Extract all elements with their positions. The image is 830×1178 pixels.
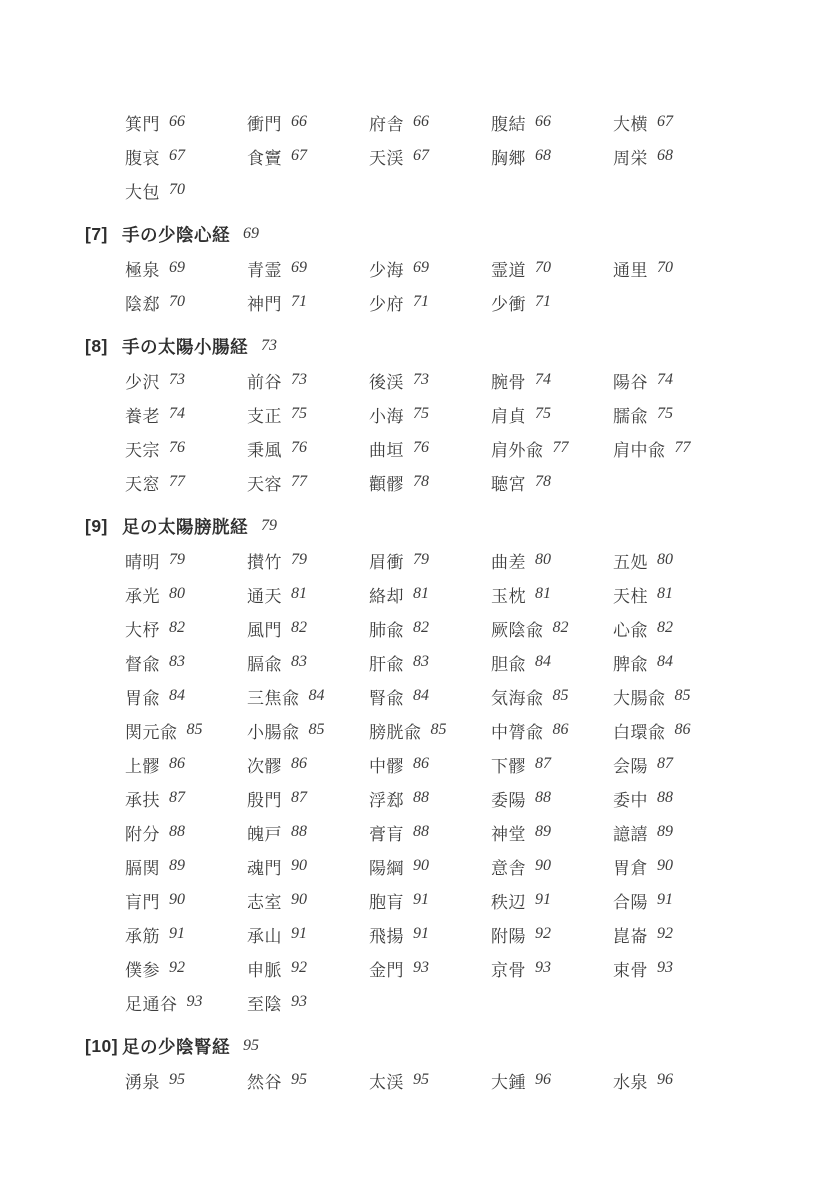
point-name: 秉風: [247, 436, 282, 461]
section-title: 足の太陽膀胱経: [122, 514, 248, 539]
toc-entry: 白環兪86: [613, 713, 735, 747]
point-page-number: 91: [291, 925, 307, 943]
point-name: 胞肓: [369, 888, 404, 913]
toc-entry: 曲垣76: [369, 431, 491, 465]
point-page-number: 84: [309, 687, 325, 705]
point-name: 僕参: [125, 956, 160, 981]
point-page-number: 96: [657, 1071, 673, 1089]
toc-entry: 附陽92: [491, 917, 613, 951]
point-name: 足通谷: [125, 990, 178, 1015]
point-name: 小腸兪: [247, 718, 300, 743]
point-page-number: 66: [291, 113, 307, 131]
point-page-number: 91: [657, 891, 673, 909]
point-name: 委陽: [491, 786, 526, 811]
point-page-number: 87: [657, 755, 673, 773]
toc-entry: 五処80: [613, 543, 735, 577]
toc-entry: 承筋91: [125, 917, 247, 951]
toc-entry: 風門82: [247, 611, 369, 645]
point-page-number: 81: [413, 585, 429, 603]
point-page-number: 87: [291, 789, 307, 807]
point-name: 天柱: [613, 582, 648, 607]
point-name: 臑兪: [613, 402, 648, 427]
point-page-number: 77: [291, 473, 307, 491]
point-page-number: 93: [657, 959, 673, 977]
toc-entry: 中膂兪86: [491, 713, 613, 747]
point-name: 肝兪: [369, 650, 404, 675]
point-name: 督兪: [125, 650, 160, 675]
point-name: 少衝: [491, 290, 526, 315]
point-page-number: 76: [413, 439, 429, 457]
toc-entry: 浮郄88: [369, 781, 491, 815]
point-name: 脾兪: [613, 650, 648, 675]
entries-grid: 湧泉95然谷95太渓95大鍾96水泉96: [125, 1063, 830, 1097]
section-header: [8]手の太陽小腸経73: [85, 329, 830, 363]
toc-entry: 魄戸88: [247, 815, 369, 849]
point-name: 周栄: [613, 144, 648, 169]
point-name: 魂門: [247, 854, 282, 879]
point-name: 神門: [247, 290, 282, 315]
point-page-number: 79: [169, 551, 185, 569]
toc-entry: 合陽91: [613, 883, 735, 917]
toc-entry: 攅竹79: [247, 543, 369, 577]
toc-entry: 府舎66: [369, 105, 491, 139]
toc-entry: 曲差80: [491, 543, 613, 577]
point-name: 次髎: [247, 752, 282, 777]
point-name: 至陰: [247, 990, 282, 1015]
point-name: 承筋: [125, 922, 160, 947]
point-page-number: 86: [675, 721, 691, 739]
point-page-number: 90: [413, 857, 429, 875]
toc-section: [9]足の太陽膀胱経79晴明79攅竹79眉衝79曲差80五処80承光80通天81…: [85, 509, 830, 1019]
point-page-number: 66: [535, 113, 551, 131]
point-name: 小海: [369, 402, 404, 427]
point-page-number: 96: [535, 1071, 551, 1089]
point-page-number: 86: [553, 721, 569, 739]
toc-entry: 肺兪82: [369, 611, 491, 645]
point-name: 晴明: [125, 548, 160, 573]
point-name: 湧泉: [125, 1068, 160, 1093]
point-name: 腕骨: [491, 368, 526, 393]
point-page-number: 79: [291, 551, 307, 569]
point-name: 崑崙: [613, 922, 648, 947]
point-page-number: 71: [291, 293, 307, 311]
toc-entry: 束骨93: [613, 951, 735, 985]
point-page-number: 68: [657, 147, 673, 165]
point-name: 胆兪: [491, 650, 526, 675]
toc-entry: 通里70: [613, 251, 735, 285]
section-header: [7]手の少陰心経69: [85, 217, 830, 251]
point-page-number: 86: [413, 755, 429, 773]
point-name: 秩辺: [491, 888, 526, 913]
toc-entry: 秉風76: [247, 431, 369, 465]
toc-entry: 次髎86: [247, 747, 369, 781]
toc-entry: 玉枕81: [491, 577, 613, 611]
point-name: 膈関: [125, 854, 160, 879]
section-header: [9]足の太陽膀胱経79: [85, 509, 830, 543]
point-name: 通里: [613, 256, 648, 281]
point-name: 意舎: [491, 854, 526, 879]
toc-entry: 京骨93: [491, 951, 613, 985]
toc-entry: 委中88: [613, 781, 735, 815]
point-page-number: 83: [413, 653, 429, 671]
toc-entry: 志室90: [247, 883, 369, 917]
toc-entry: 少衝71: [491, 285, 613, 319]
point-name: 太渓: [369, 1068, 404, 1093]
point-name: 気海兪: [491, 684, 544, 709]
toc-entry: 神門71: [247, 285, 369, 319]
point-page-number: 93: [413, 959, 429, 977]
toc-entry: 後渓73: [369, 363, 491, 397]
point-page-number: 89: [169, 857, 185, 875]
toc-entry: 申脈92: [247, 951, 369, 985]
point-name: 霊道: [491, 256, 526, 281]
section-number: [7]: [85, 224, 122, 245]
point-name: 府舎: [369, 110, 404, 135]
toc-entry: 肓門90: [125, 883, 247, 917]
point-page-number: 81: [657, 585, 673, 603]
toc-entry: 小腸兪85: [247, 713, 369, 747]
toc-section: [8]手の太陽小腸経73少沢73前谷73後渓73腕骨74陽谷74養老74支正75…: [85, 329, 830, 499]
toc-entry: 臑兪75: [613, 397, 735, 431]
toc-entry: 胆兪84: [491, 645, 613, 679]
point-page-number: 92: [291, 959, 307, 977]
toc-entry: 天容77: [247, 465, 369, 499]
point-name: 五処: [613, 548, 648, 573]
toc-page: 箕門66衝門66府舎66腹結66大横67腹哀67食竇67天渓67胸郷68周栄68…: [0, 0, 830, 1097]
point-name: 膈兪: [247, 650, 282, 675]
point-page-number: 75: [291, 405, 307, 423]
section-number: [8]: [85, 336, 122, 357]
toc-entry: 箕門66: [125, 105, 247, 139]
toc-entry: 陽谷74: [613, 363, 735, 397]
point-page-number: 90: [291, 891, 307, 909]
point-page-number: 67: [291, 147, 307, 165]
toc-entry: 腹結66: [491, 105, 613, 139]
point-page-number: 88: [535, 789, 551, 807]
toc-entry: 肝兪83: [369, 645, 491, 679]
point-name: 顴髎: [369, 470, 404, 495]
toc-entry: 陰郄70: [125, 285, 247, 319]
toc-entry: 至陰93: [247, 985, 369, 1019]
toc-entry: 足通谷93: [125, 985, 247, 1019]
point-page-number: 92: [535, 925, 551, 943]
point-page-number: 87: [535, 755, 551, 773]
point-name: 天容: [247, 470, 282, 495]
point-name: 上髎: [125, 752, 160, 777]
point-page-number: 88: [169, 823, 185, 841]
toc-entry: 青霊69: [247, 251, 369, 285]
toc-entry: 三焦兪84: [247, 679, 369, 713]
point-name: 後渓: [369, 368, 404, 393]
point-name: 食竇: [247, 144, 282, 169]
point-name: 眉衝: [369, 548, 404, 573]
toc-entry: 関元兪85: [125, 713, 247, 747]
point-name: 然谷: [247, 1068, 282, 1093]
point-page-number: 91: [413, 925, 429, 943]
point-name: 少沢: [125, 368, 160, 393]
toc-entry: 少府71: [369, 285, 491, 319]
toc-entry: 極泉69: [125, 251, 247, 285]
point-name: 合陽: [613, 888, 648, 913]
point-name: 浮郄: [369, 786, 404, 811]
point-page-number: 69: [291, 259, 307, 277]
point-page-number: 82: [413, 619, 429, 637]
point-page-number: 70: [169, 181, 185, 199]
point-name: 曲差: [491, 548, 526, 573]
point-name: 膀胱兪: [369, 718, 422, 743]
toc-section: [10]足の少陰腎経95湧泉95然谷95太渓95大鍾96水泉96: [85, 1029, 830, 1097]
point-page-number: 87: [169, 789, 185, 807]
point-page-number: 70: [657, 259, 673, 277]
point-name: 胃倉: [613, 854, 648, 879]
point-name: 肺兪: [369, 616, 404, 641]
point-page-number: 78: [413, 473, 429, 491]
point-name: 大鍾: [491, 1068, 526, 1093]
toc-entry: 委陽88: [491, 781, 613, 815]
point-page-number: 81: [291, 585, 307, 603]
toc-entry: 胃倉90: [613, 849, 735, 883]
point-page-number: 90: [657, 857, 673, 875]
point-name: 関元兪: [125, 718, 178, 743]
point-name: 会陽: [613, 752, 648, 777]
toc-section: 箕門66衝門66府舎66腹結66大横67腹哀67食竇67天渓67胸郷68周栄68…: [85, 105, 830, 207]
point-name: 青霊: [247, 256, 282, 281]
point-page-number: 84: [413, 687, 429, 705]
point-name: 膏肓: [369, 820, 404, 845]
point-name: 厥陰兪: [491, 616, 544, 641]
point-page-number: 92: [169, 959, 185, 977]
point-page-number: 90: [535, 857, 551, 875]
toc-entry: 脾兪84: [613, 645, 735, 679]
toc-entry: 前谷73: [247, 363, 369, 397]
toc-entry: 腹哀67: [125, 139, 247, 173]
point-page-number: 95: [413, 1071, 429, 1089]
point-name: 志室: [247, 888, 282, 913]
point-name: 譩譆: [613, 820, 648, 845]
point-page-number: 80: [657, 551, 673, 569]
section-header: [10]足の少陰腎経95: [85, 1029, 830, 1063]
point-name: 承光: [125, 582, 160, 607]
toc-entry: 大腸兪85: [613, 679, 735, 713]
toc-entry: 周栄68: [613, 139, 735, 173]
point-page-number: 77: [553, 439, 569, 457]
toc-entry: 意舎90: [491, 849, 613, 883]
toc-entry: 僕参92: [125, 951, 247, 985]
point-page-number: 89: [657, 823, 673, 841]
section-title: 手の少陰心経: [122, 222, 230, 247]
point-name: 承山: [247, 922, 282, 947]
point-page-number: 88: [413, 823, 429, 841]
toc-entry: 承扶87: [125, 781, 247, 815]
point-name: 風門: [247, 616, 282, 641]
toc-entry: 衝門66: [247, 105, 369, 139]
point-page-number: 77: [169, 473, 185, 491]
toc-entry: 天渓67: [369, 139, 491, 173]
point-page-number: 85: [309, 721, 325, 739]
point-page-number: 69: [169, 259, 185, 277]
point-name: 束骨: [613, 956, 648, 981]
point-name: 天渓: [369, 144, 404, 169]
point-name: 水泉: [613, 1068, 648, 1093]
point-name: 委中: [613, 786, 648, 811]
point-name: 中髎: [369, 752, 404, 777]
point-name: 魄戸: [247, 820, 282, 845]
point-page-number: 78: [535, 473, 551, 491]
section-page-number: 69: [243, 225, 259, 243]
point-page-number: 82: [169, 619, 185, 637]
point-name: 通天: [247, 582, 282, 607]
section-number: [9]: [85, 516, 122, 537]
point-page-number: 70: [535, 259, 551, 277]
toc-entry: 大横67: [613, 105, 735, 139]
point-page-number: 71: [413, 293, 429, 311]
toc-entry: 水泉96: [613, 1063, 735, 1097]
toc-entry: 胸郷68: [491, 139, 613, 173]
point-name: 聴宮: [491, 470, 526, 495]
toc-entry: 霊道70: [491, 251, 613, 285]
toc-entry: 大鍾96: [491, 1063, 613, 1097]
point-name: 承扶: [125, 786, 160, 811]
point-page-number: 67: [657, 113, 673, 131]
point-name: 少府: [369, 290, 404, 315]
point-page-number: 67: [169, 147, 185, 165]
toc-entry: 魂門90: [247, 849, 369, 883]
point-name: 陰郄: [125, 290, 160, 315]
toc-entry: 胞肓91: [369, 883, 491, 917]
point-page-number: 83: [169, 653, 185, 671]
point-page-number: 80: [535, 551, 551, 569]
point-name: 天窓: [125, 470, 160, 495]
toc-entry: 聴宮78: [491, 465, 613, 499]
toc-entry: 養老74: [125, 397, 247, 431]
point-page-number: 66: [413, 113, 429, 131]
point-name: 金門: [369, 956, 404, 981]
toc-entry: 然谷95: [247, 1063, 369, 1097]
point-name: 大横: [613, 110, 648, 135]
point-name: 大杼: [125, 616, 160, 641]
toc-entry: 湧泉95: [125, 1063, 247, 1097]
point-name: 神堂: [491, 820, 526, 845]
toc-entry: 大包70: [125, 173, 247, 207]
toc-entry: 気海兪85: [491, 679, 613, 713]
point-page-number: 75: [657, 405, 673, 423]
point-name: 京骨: [491, 956, 526, 981]
toc-entry: 支正75: [247, 397, 369, 431]
toc-entry: 下髎87: [491, 747, 613, 781]
toc-entry: 承光80: [125, 577, 247, 611]
toc-section: [7]手の少陰心経69極泉69青霊69少海69霊道70通里70陰郄70神門71少…: [85, 217, 830, 319]
point-name: 殷門: [247, 786, 282, 811]
toc-entry: 腎兪84: [369, 679, 491, 713]
toc-entry: 殷門87: [247, 781, 369, 815]
point-page-number: 85: [187, 721, 203, 739]
toc-entry: 承山91: [247, 917, 369, 951]
point-page-number: 85: [675, 687, 691, 705]
point-name: 肩中兪: [613, 436, 666, 461]
entries-grid: 少沢73前谷73後渓73腕骨74陽谷74養老74支正75小海75肩貞75臑兪75…: [125, 363, 830, 499]
section-title: 足の少陰腎経: [122, 1034, 230, 1059]
point-name: 箕門: [125, 110, 160, 135]
toc-entry: 絡却81: [369, 577, 491, 611]
point-page-number: 82: [553, 619, 569, 637]
toc-entry: 通天81: [247, 577, 369, 611]
point-page-number: 91: [413, 891, 429, 909]
point-page-number: 74: [535, 371, 551, 389]
point-page-number: 90: [169, 891, 185, 909]
point-name: 大包: [125, 178, 160, 203]
toc-entry: 陽綱90: [369, 849, 491, 883]
toc-entry: 上髎86: [125, 747, 247, 781]
point-page-number: 77: [675, 439, 691, 457]
toc-entry: 膀胱兪85: [369, 713, 491, 747]
point-page-number: 73: [169, 371, 185, 389]
point-name: 支正: [247, 402, 282, 427]
toc-entry: 秩辺91: [491, 883, 613, 917]
toc-entry: 督兪83: [125, 645, 247, 679]
point-page-number: 86: [291, 755, 307, 773]
section-page-number: 73: [261, 337, 277, 355]
point-name: 曲垣: [369, 436, 404, 461]
entries-grid: 箕門66衝門66府舎66腹結66大横67腹哀67食竇67天渓67胸郷68周栄68…: [125, 105, 830, 207]
section-number: [10]: [85, 1036, 122, 1057]
toc-entry: 顴髎78: [369, 465, 491, 499]
point-name: 玉枕: [491, 582, 526, 607]
toc-entry: 晴明79: [125, 543, 247, 577]
toc-entry: 天柱81: [613, 577, 735, 611]
toc-entry: 中髎86: [369, 747, 491, 781]
toc-entry: 胃兪84: [125, 679, 247, 713]
point-name: 附分: [125, 820, 160, 845]
point-name: 養老: [125, 402, 160, 427]
point-page-number: 74: [657, 371, 673, 389]
point-page-number: 81: [535, 585, 551, 603]
point-page-number: 79: [413, 551, 429, 569]
point-page-number: 71: [535, 293, 551, 311]
point-page-number: 75: [413, 405, 429, 423]
point-page-number: 95: [291, 1071, 307, 1089]
toc-entry: 肩外兪77: [491, 431, 613, 465]
point-page-number: 92: [657, 925, 673, 943]
point-page-number: 95: [169, 1071, 185, 1089]
toc-entry: 大杼82: [125, 611, 247, 645]
section-page-number: 79: [261, 517, 277, 535]
toc-entry: 膈関89: [125, 849, 247, 883]
point-page-number: 73: [413, 371, 429, 389]
point-name: 腎兪: [369, 684, 404, 709]
point-page-number: 93: [187, 993, 203, 1011]
point-name: 陽谷: [613, 368, 648, 393]
toc-entry: 心兪82: [613, 611, 735, 645]
point-page-number: 89: [535, 823, 551, 841]
point-page-number: 75: [535, 405, 551, 423]
point-name: 三焦兪: [247, 684, 300, 709]
section-title: 手の太陽小腸経: [122, 334, 248, 359]
toc-entry: 譩譆89: [613, 815, 735, 849]
point-page-number: 84: [657, 653, 673, 671]
toc-entry: 会陽87: [613, 747, 735, 781]
point-page-number: 83: [291, 653, 307, 671]
point-page-number: 70: [169, 293, 185, 311]
point-page-number: 88: [291, 823, 307, 841]
point-page-number: 66: [169, 113, 185, 131]
point-name: 攅竹: [247, 548, 282, 573]
toc-entry: 肩貞75: [491, 397, 613, 431]
point-name: 天宗: [125, 436, 160, 461]
point-name: 肩外兪: [491, 436, 544, 461]
toc-entry: 附分88: [125, 815, 247, 849]
toc-entry: 食竇67: [247, 139, 369, 173]
point-name: 申脈: [247, 956, 282, 981]
